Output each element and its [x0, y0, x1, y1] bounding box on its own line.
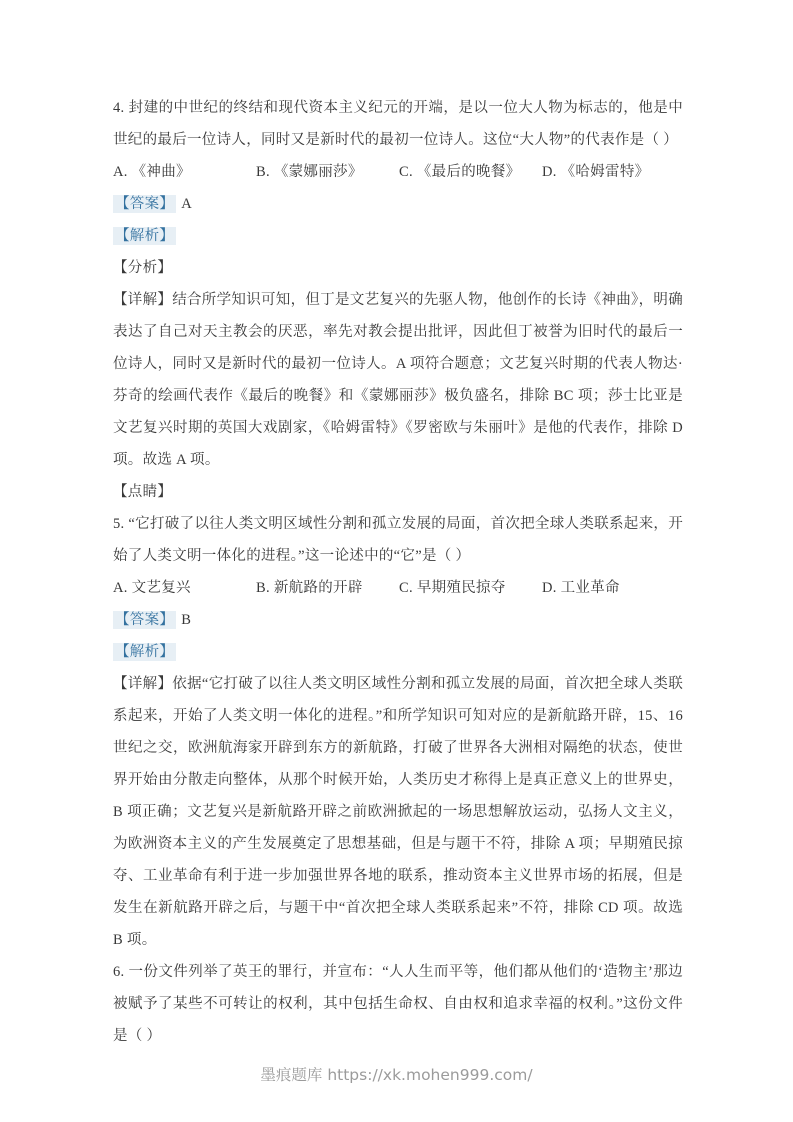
question-4-detail: 【详解】结合所学知识可知，但丁是文艺复兴的先驱人物，他创作的长诗《神曲》，明确表…: [113, 284, 683, 476]
question-5-answer-row: 【答案】B: [113, 604, 683, 636]
answer-label: 【答案】: [113, 195, 176, 213]
question-4-answer-row: 【答案】A: [113, 188, 683, 220]
exam-document-page: 4. 封建的中世纪的终结和现代资本主义纪元的开端，是以一位大人物为标志的，他是中…: [0, 0, 793, 1122]
question-5-option-c: C. 早期殖民掠夺: [399, 572, 542, 604]
dianjing-label: 【点睛】: [113, 484, 172, 500]
question-4-stem: 4. 封建的中世纪的终结和现代资本主义纪元的开端，是以一位大人物为标志的，他是中…: [113, 92, 683, 156]
fenxi-label: 【分析】: [113, 260, 172, 276]
footer-site-text: 墨痕题库 https://xk.mohen999.com/: [260, 1066, 532, 1084]
question-4-option-b: B. 《蒙娜丽莎》: [256, 156, 399, 188]
exam-content-column: 4. 封建的中世纪的终结和现代资本主义纪元的开端，是以一位大人物为标志的，他是中…: [113, 92, 683, 1052]
question-4-options: A. 《神曲》B. 《蒙娜丽莎》C. 《最后的晚餐》D. 《哈姆雷特》: [113, 156, 683, 188]
question-5-detail: 【详解】依据“它打破了以往人类文明区域性分割和孤立发展的局面，首次把全球人类联系…: [113, 668, 683, 956]
question-5-analysis-row: 【解析】: [113, 636, 683, 668]
answer-label: 【答案】: [113, 611, 176, 629]
question-4-option-d: D. 《哈姆雷特》: [542, 164, 649, 180]
question-5-option-b: B. 新航路的开辟: [256, 572, 399, 604]
question-5-options: A. 文艺复兴B. 新航路的开辟C. 早期殖民掠夺D. 工业革命: [113, 572, 683, 604]
footer-watermark: 墨痕题库 https://xk.mohen999.com/: [0, 1064, 793, 1086]
question-5-option-d: D. 工业革命: [542, 580, 620, 596]
question-5-stem: 5. “它打破了以往人类文明区域性分割和孤立发展的局面，首次把全球人类联系起来，…: [113, 508, 683, 572]
analysis-label: 【解析】: [113, 643, 176, 661]
question-6-stem: 6. 一份文件列举了英王的罪行，并宣布：“人人生而平等，他们都从他们的‘造物主’…: [113, 956, 683, 1052]
question-4-answer-value: A: [181, 196, 192, 212]
question-4-analysis-row: 【解析】: [113, 220, 683, 252]
question-4-fenxi-row: 【分析】: [113, 252, 683, 284]
question-5-answer-value: B: [181, 612, 191, 628]
question-4-option-c: C. 《最后的晚餐》: [399, 156, 542, 188]
question-4-option-a: A. 《神曲》: [113, 156, 256, 188]
question-4-dianjing-row: 【点睛】: [113, 476, 683, 508]
analysis-label: 【解析】: [113, 227, 176, 245]
question-5-option-a: A. 文艺复兴: [113, 572, 256, 604]
